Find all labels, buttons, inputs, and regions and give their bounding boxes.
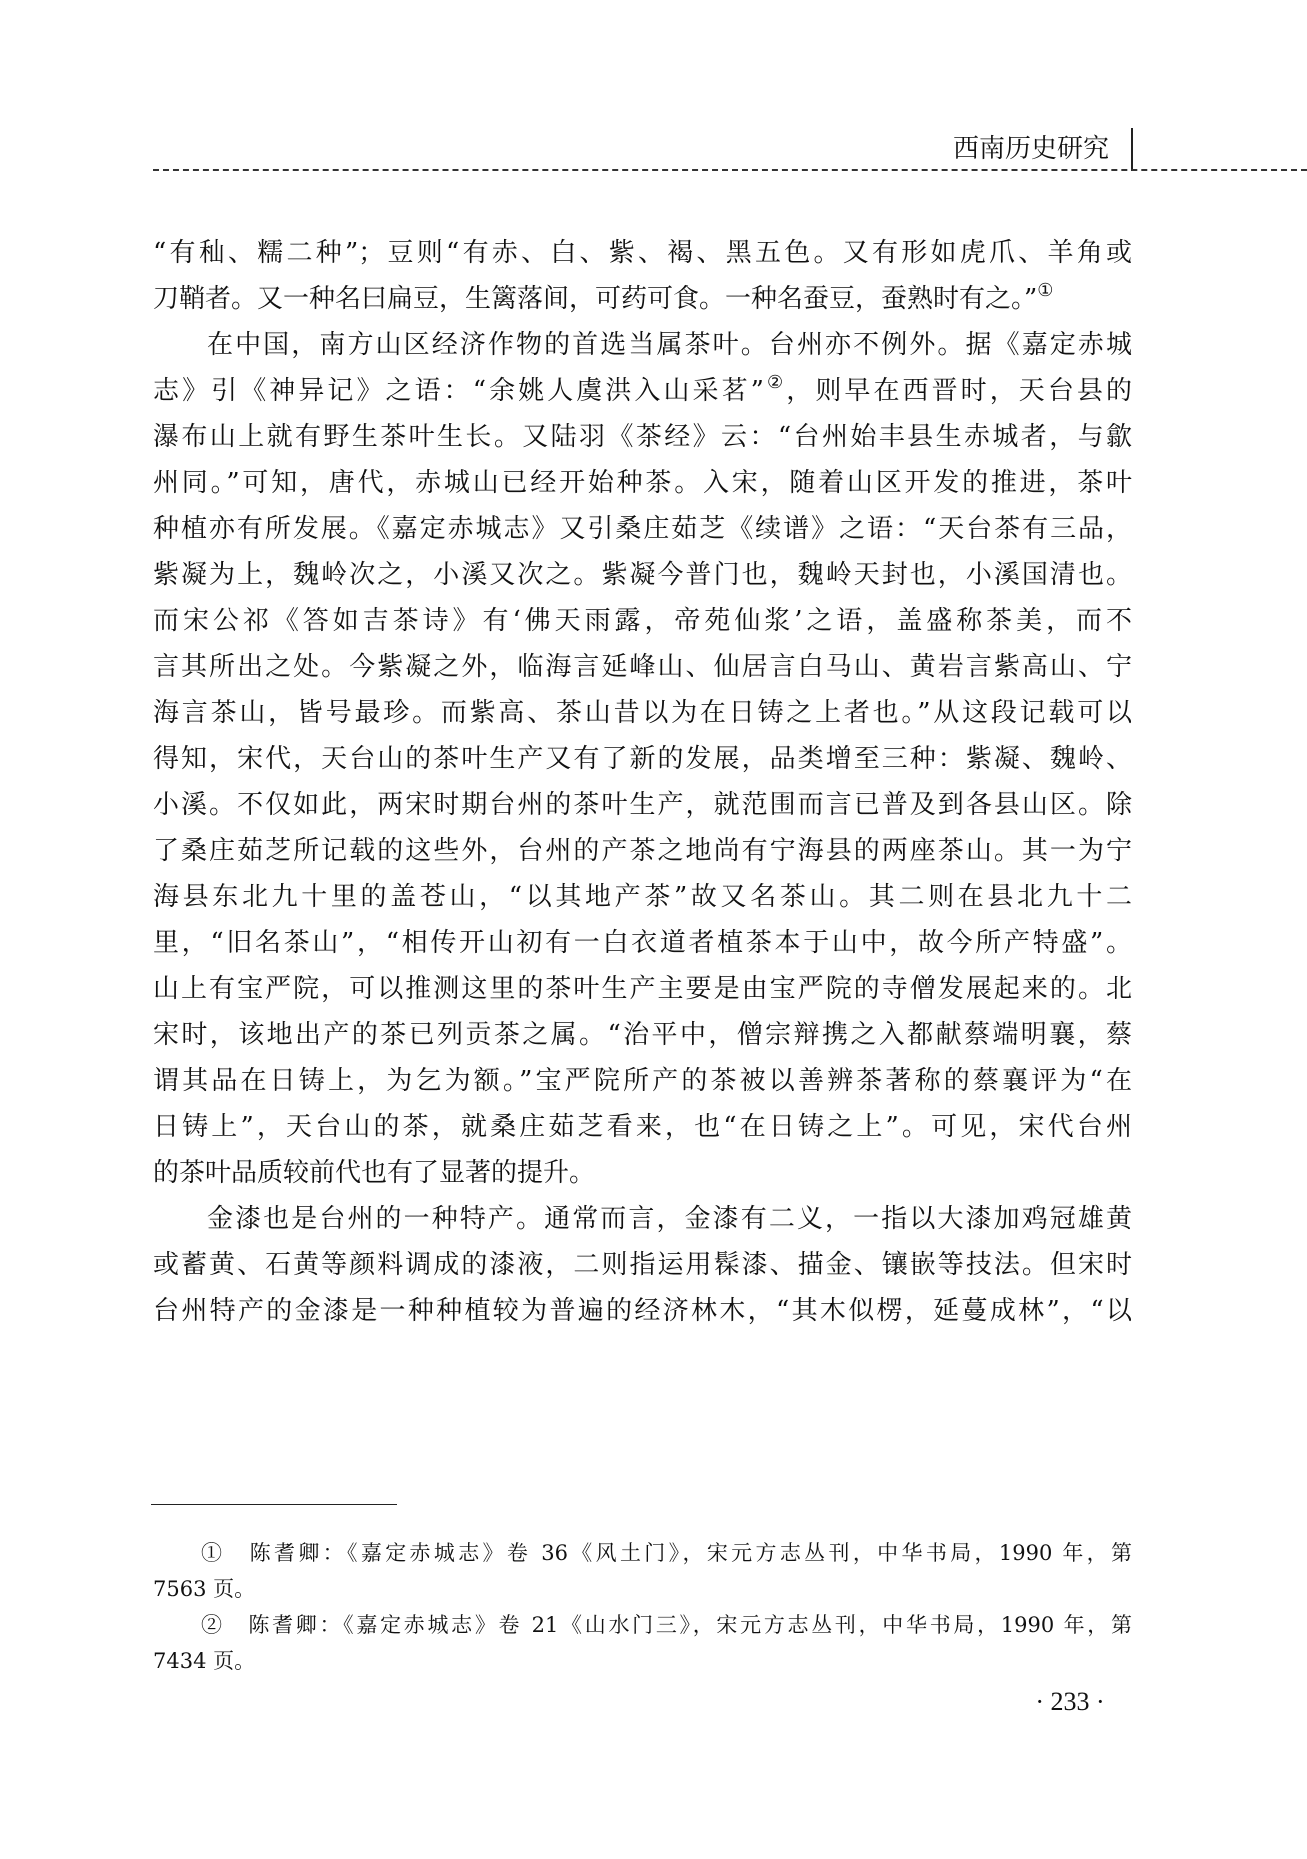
body-line: 或蓄黄、石黄等颜料调成的漆液，二则指运用髹漆、描金、镶嵌等技法。但宋时 xyxy=(153,1242,1132,1288)
line-text: 了桑庄茹芝所记载的这些外，台州的产茶之地尚有宁海县的两座茶山。其一为宁 xyxy=(153,836,1132,866)
line-text: 海县东北九十里的盖苍山，“以其地产茶”故又名茶山。其二则在县北九十二 xyxy=(153,882,1132,912)
line-text: 小溪。不仅如此，两宋时期台州的茶叶生产，就范围而言已普及到各县山区。除 xyxy=(153,790,1132,820)
body-line: 而宋公祁《答如吉茶诗》有‘佛天雨露，帝苑仙浆’之语，盖盛称茶美，而不 xyxy=(153,598,1132,644)
body-line: 台州特产的金漆是一种种植较为普遍的经济林木，“其木似楞，延蔓成林”，“以 xyxy=(153,1288,1132,1334)
footnote-2-cont: 7434 页。 xyxy=(153,1643,1132,1679)
running-head: 西南历史研究 xyxy=(953,132,1123,166)
line-text: 海言茶山，皆号最珍。而紫高、茶山昔以为在日铸之上者也。”从这段记载可以 xyxy=(153,698,1132,728)
footnote-2: ② 陈耆卿：《嘉定赤城志》卷 21《山水门三》，宋元方志丛刊，中华书局，1990… xyxy=(153,1607,1132,1643)
line-text: 金漆也是台州的一种特产。通常而言，金漆有二义，一指以大漆加鸡冠雄黄 xyxy=(207,1204,1132,1234)
line-text: 谓其品在日铸上，为乞为额。”宝严院所产的茶被以善辨茶著称的蔡襄评为“在 xyxy=(153,1066,1132,1096)
page-number: · 233 · xyxy=(1020,1684,1120,1720)
body-line: 金漆也是台州的一种特产。通常而言，金漆有二义，一指以大漆加鸡冠雄黄 xyxy=(153,1196,1132,1242)
line-text: 日铸上”，天台山的茶，就桑庄茹芝看来，也“在日铸之上”。可见，宋代台州 xyxy=(153,1112,1132,1142)
line-text: 或蓄黄、石黄等颜料调成的漆液，二则指运用髹漆、描金、镶嵌等技法。但宋时 xyxy=(153,1250,1132,1280)
body-line: 志》引《神异记》之语：“余姚人虞洪入山采茗”②，则早在西晋时，天台县的 xyxy=(153,368,1132,414)
body-line: 的茶叶品质较前代也有了显著的提升。 xyxy=(153,1150,1132,1196)
line-text: 的茶叶品质较前代也有了显著的提升。 xyxy=(153,1158,595,1188)
body-line: 里，“旧名茶山”，“相传开山初有一白衣道者植茶本于山中，故今所产特盛”。 xyxy=(153,920,1132,966)
line-text: 瀑布山上就有野生茶叶生长。又陆羽《茶经》云：“台州始丰县生赤城者，与歙 xyxy=(153,422,1132,452)
footnote-text: 7563 页。 xyxy=(153,1577,255,1601)
footnote-text: ② 陈耆卿：《嘉定赤城志》卷 21《山水门三》，宋元方志丛刊，中华书局，1990… xyxy=(201,1613,1132,1637)
line-text: 宋时，该地出产的茶已列贡茶之属。“治平中，僧宗辩携之入都献蔡端明襄，蔡 xyxy=(153,1020,1132,1050)
body-line: 谓其品在日铸上，为乞为额。”宝严院所产的茶被以善辨茶著称的蔡襄评为“在 xyxy=(153,1058,1132,1104)
body-line: 山上有宝严院，可以推测这里的茶叶生产主要是由宝严院的寺僧发展起来的。北 xyxy=(153,966,1132,1012)
line-text: 紫凝为上，魏岭次之，小溪又次之。紫凝今普门也，魏岭天封也，小溪国清也。 xyxy=(153,560,1132,590)
line-text: 里，“旧名茶山”，“相传开山初有一白衣道者植茶本于山中，故今所产特盛”。 xyxy=(153,928,1132,958)
line-text: 得知，宋代，天台山的茶叶生产又有了新的发展，品类增至三种：紫凝、魏岭、 xyxy=(153,744,1132,774)
body-line: 言其所出之处。今紫凝之外，临海言延峰山、仙居言白马山、黄岩言紫高山、宁 xyxy=(153,644,1132,690)
body-line: 海言茶山，皆号最珍。而紫高、茶山昔以为在日铸之上者也。”从这段记载可以 xyxy=(153,690,1132,736)
line-text: 在中国，南方山区经济作物的首选当属茶叶。台州亦不例外。据《嘉定赤城 xyxy=(207,330,1132,360)
body-line: 在中国，南方山区经济作物的首选当属茶叶。台州亦不例外。据《嘉定赤城 xyxy=(153,322,1132,368)
line-text: 而宋公祁《答如吉茶诗》有‘佛天雨露，帝苑仙浆’之语，盖盛称茶美，而不 xyxy=(153,606,1132,636)
line-text: “有秈、糯二种”；豆则“有赤、白、紫、褐、黑五色。又有形如虎爪、羊角或 xyxy=(153,238,1132,268)
line-text: 志》引《神异记》之语：“余姚人虞洪入山采茗” xyxy=(153,376,764,406)
body-line: 小溪。不仅如此，两宋时期台州的茶叶生产，就范围而言已普及到各县山区。除 xyxy=(153,782,1132,828)
header-dashed-rule xyxy=(153,169,1307,171)
body-line: 紫凝为上，魏岭次之，小溪又次之。紫凝今普门也，魏岭天封也，小溪国清也。 xyxy=(153,552,1132,598)
line-text: 台州特产的金漆是一种种植较为普遍的经济林木，“其木似楞，延蔓成林”，“以 xyxy=(153,1296,1132,1326)
footnote-text: ① 陈耆卿：《嘉定赤城志》卷 36《风土门》，宋元方志丛刊，中华书局，1990 … xyxy=(201,1541,1132,1565)
body-line: 刀鞘者。又一种名曰扁豆，生篱落间，可药可食。一种名蚕豆，蚕熟时有之。”① xyxy=(153,276,1132,322)
line-text: 刀鞘者。又一种名曰扁豆，生篱落间，可药可食。一种名蚕豆，蚕熟时有之。” xyxy=(153,284,1037,314)
body-line: 宋时，该地出产的茶已列贡茶之属。“治平中，僧宗辩携之入都献蔡端明襄，蔡 xyxy=(153,1012,1132,1058)
body-line: 种植亦有所发展。《嘉定赤城志》又引桑庄茹芝《续谱》之语：“天台茶有三品， xyxy=(153,506,1132,552)
body-line: 了桑庄茹芝所记载的这些外，台州的产茶之地尚有宁海县的两座茶山。其一为宁 xyxy=(153,828,1132,874)
footnote-separator xyxy=(151,1504,397,1505)
line-text: 言其所出之处。今紫凝之外，临海言延峰山、仙居言白马山、黄岩言紫高山、宁 xyxy=(153,652,1132,682)
footnote-1: ① 陈耆卿：《嘉定赤城志》卷 36《风土门》，宋元方志丛刊，中华书局，1990 … xyxy=(153,1535,1132,1571)
body-line: 瀑布山上就有野生茶叶生长。又陆羽《茶经》云：“台州始丰县生赤城者，与歙 xyxy=(153,414,1132,460)
line-text: 山上有宝严院，可以推测这里的茶叶生产主要是由宝严院的寺僧发展起来的。北 xyxy=(153,974,1132,1004)
line-text: 州同。”可知，唐代，赤城山已经开始种茶。入宋，随着山区开发的推进，茶叶 xyxy=(153,468,1132,498)
body-line: 海县东北九十里的盖苍山，“以其地产茶”故又名茶山。其二则在县北九十二 xyxy=(153,874,1132,920)
body-line: 州同。”可知，唐代，赤城山已经开始种茶。入宋，随着山区开发的推进，茶叶 xyxy=(153,460,1132,506)
footnotes: ① 陈耆卿：《嘉定赤城志》卷 36《风土门》，宋元方志丛刊，中华书局，1990 … xyxy=(153,1535,1132,1679)
line-text: ，则早在西晋时，天台县的 xyxy=(786,376,1132,406)
body-line: “有秈、糯二种”；豆则“有赤、白、紫、褐、黑五色。又有形如虎爪、羊角或 xyxy=(153,230,1132,276)
line-text: 种植亦有所发展。《嘉定赤城志》又引桑庄茹芝《续谱》之语：“天台茶有三品， xyxy=(153,514,1132,544)
footnote-ref-2[interactable]: ② xyxy=(764,372,786,393)
footnote-ref-1[interactable]: ① xyxy=(1037,280,1053,301)
body-text: “有秈、糯二种”；豆则“有赤、白、紫、褐、黑五色。又有形如虎爪、羊角或 刀鞘者。… xyxy=(153,230,1132,1334)
footnote-text: 7434 页。 xyxy=(153,1649,255,1673)
body-line: 日铸上”，天台山的茶，就桑庄茹芝看来，也“在日铸之上”。可见，宋代台州 xyxy=(153,1104,1132,1150)
body-line: 得知，宋代，天台山的茶叶生产又有了新的发展，品类增至三种：紫凝、魏岭、 xyxy=(153,736,1132,782)
running-head-divider xyxy=(1131,128,1133,171)
footnote-1-cont: 7563 页。 xyxy=(153,1571,1132,1607)
